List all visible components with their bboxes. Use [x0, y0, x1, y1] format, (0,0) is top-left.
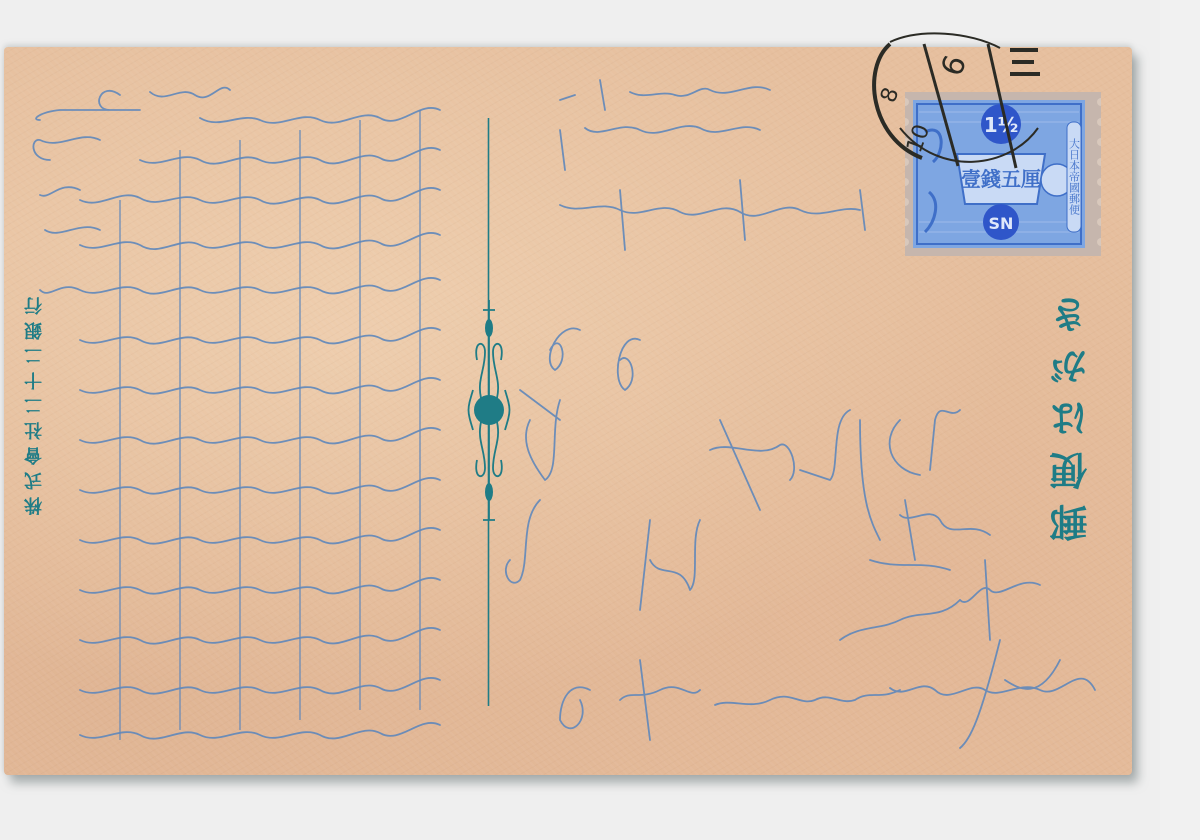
postcard-header-label: 郵便はがき — [1044, 282, 1099, 542]
postmark-digit-2: 6 — [935, 51, 974, 81]
background-right-strip — [1160, 0, 1200, 840]
postmark-digit-1: 8 — [876, 84, 904, 106]
stamp-corner-mark: SN — [989, 214, 1014, 233]
divider-ornament-icon — [463, 270, 515, 550]
printer-imprint: 株式會社二十二銀行 — [22, 290, 48, 515]
stamp-side-text: 大日本帝國郵便 — [1068, 137, 1081, 215]
postmark: 8 6 10 — [860, 38, 1060, 178]
